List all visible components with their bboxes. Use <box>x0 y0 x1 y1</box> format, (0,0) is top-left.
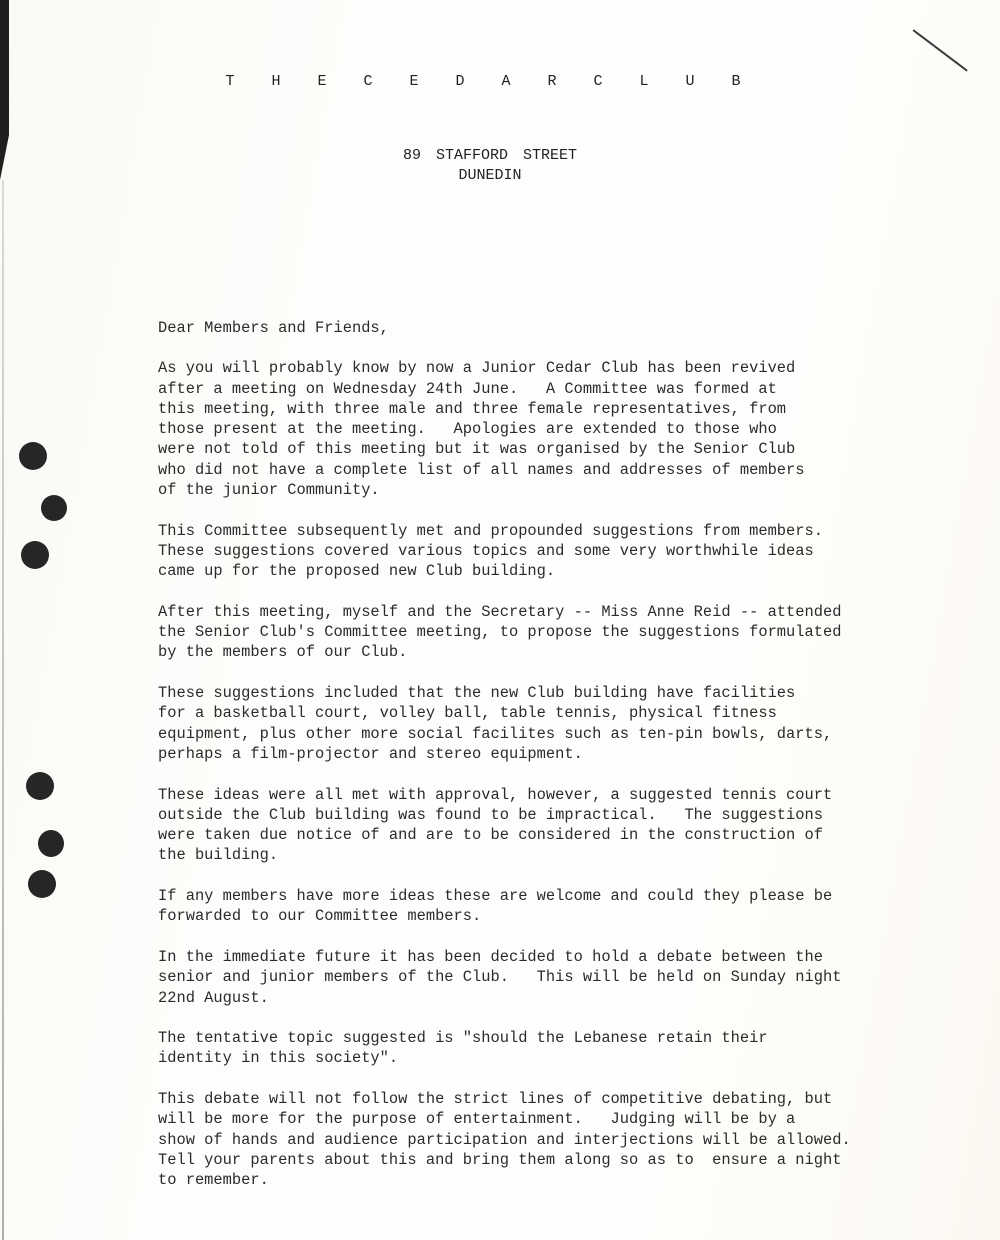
letter-paragraph: This debate will not follow the strict l… <box>158 1089 938 1190</box>
paragraph-line: to remember. <box>158 1170 938 1190</box>
paragraph-line: for a basketball court, volley ball, tab… <box>158 703 938 723</box>
paragraph-line: by the members of our Club. <box>158 642 938 662</box>
letter-paragraph: These ideas were all met with approval, … <box>158 785 938 866</box>
paragraph-line: This Committee subsequently met and prop… <box>158 521 938 541</box>
letter-paragraph: This Committee subsequently met and prop… <box>158 521 938 582</box>
letter-paragraphs: As you will probably know by now a Junio… <box>158 358 938 1190</box>
letter-paragraph: As you will probably know by now a Junio… <box>158 358 938 500</box>
paragraph-line: The tentative topic suggested is "should… <box>158 1028 938 1048</box>
paragraph-line: the Senior Club's Committee meeting, to … <box>158 622 938 642</box>
letter-paragraph: In the immediate future it has been deci… <box>158 947 938 1008</box>
salutation: Dear Members and Friends, <box>158 318 938 338</box>
paragraph-line: These suggestions included that the new … <box>158 683 938 703</box>
paragraph-line: after a meeting on Wednesday 24th June. … <box>158 379 938 399</box>
club-address: 89 STAFFORD STREET DUNEDIN <box>0 146 980 186</box>
paragraph-line: These ideas were all met with approval, … <box>158 785 938 805</box>
paragraph-line: senior and junior members of the Club. T… <box>158 967 938 987</box>
paragraph-line: were taken due notice of and are to be c… <box>158 825 938 845</box>
paragraph-line: outside the Club building was found to b… <box>158 805 938 825</box>
paragraph-line: were not told of this meeting but it was… <box>158 439 938 459</box>
paragraph-line: These suggestions covered various topics… <box>158 541 938 561</box>
paragraph-line: those present at the meeting. Apologies … <box>158 419 938 439</box>
paragraph-line: show of hands and audience participation… <box>158 1130 938 1150</box>
punch-hole-icon <box>38 830 64 857</box>
paragraph-line: This debate will not follow the strict l… <box>158 1089 938 1109</box>
letter-page: T H E C E D A R C L U B 89 STAFFORD STRE… <box>0 0 1000 1240</box>
paragraph-line: the building. <box>158 845 938 865</box>
address-city: DUNEDIN <box>0 166 980 186</box>
paragraph-line: identity in this society". <box>158 1048 938 1068</box>
letter-paragraph: These suggestions included that the new … <box>158 683 938 764</box>
paragraph-line: this meeting, with three male and three … <box>158 399 938 419</box>
paragraph-line: As you will probably know by now a Junio… <box>158 358 938 378</box>
letter-body: Dear Members and Friends, As you will pr… <box>158 318 938 1211</box>
club-name-heading: T H E C E D A R C L U B <box>0 73 980 90</box>
letter-paragraph: The tentative topic suggested is "should… <box>158 1028 938 1069</box>
paragraph-line: will be more for the purpose of entertai… <box>158 1109 938 1129</box>
page-edge-line <box>2 180 4 1240</box>
punch-hole-icon <box>28 870 56 898</box>
paragraph-line: of the junior Community. <box>158 480 938 500</box>
address-street: 89 STAFFORD STREET <box>0 146 980 166</box>
paragraph-line: who did not have a complete list of all … <box>158 460 938 480</box>
paragraph-line: came up for the proposed new Club buildi… <box>158 561 938 581</box>
paragraph-line: equipment, plus other more social facili… <box>158 724 938 744</box>
punch-hole-icon <box>26 772 54 800</box>
paragraph-line: In the immediate future it has been deci… <box>158 947 938 967</box>
punch-hole-icon <box>41 495 67 521</box>
staple-icon <box>912 29 968 72</box>
punch-hole-icon <box>21 541 49 569</box>
paragraph-line: perhaps a film-projector and stereo equi… <box>158 744 938 764</box>
letter-paragraph: After this meeting, myself and the Secre… <box>158 602 938 663</box>
punch-hole-icon <box>19 442 47 470</box>
letter-paragraph: If any members have more ideas these are… <box>158 886 938 927</box>
paragraph-line: 22nd August. <box>158 988 938 1008</box>
paragraph-line: forwarded to our Committee members. <box>158 906 938 926</box>
paragraph-line: If any members have more ideas these are… <box>158 886 938 906</box>
paragraph-line: Tell your parents about this and bring t… <box>158 1150 938 1170</box>
paragraph-line: After this meeting, myself and the Secre… <box>158 602 938 622</box>
